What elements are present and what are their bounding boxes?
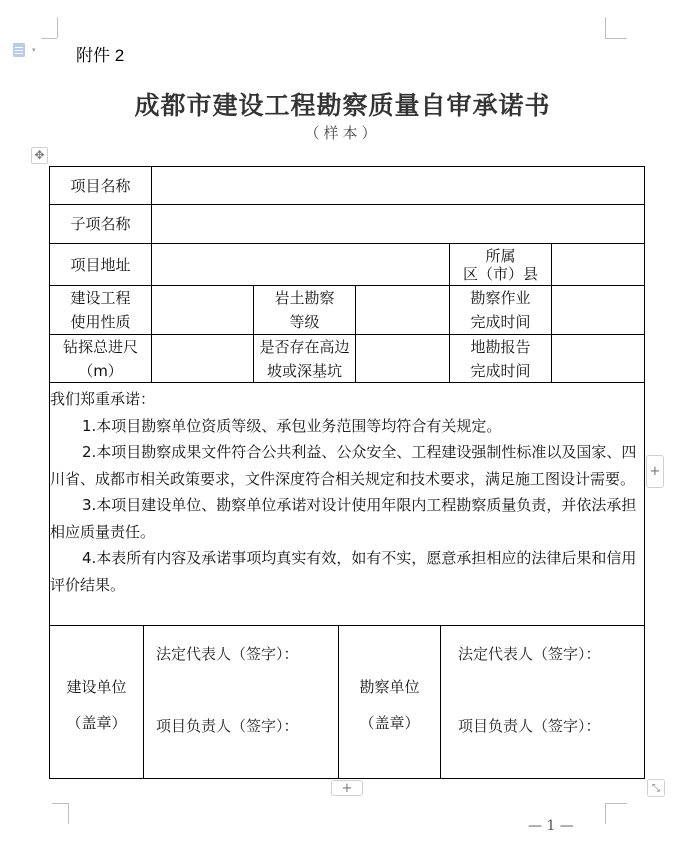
district-label-line1: 所属 bbox=[485, 247, 515, 265]
add-column-button[interactable]: + bbox=[646, 455, 664, 488]
project-name-label: 项目名称 bbox=[50, 167, 151, 204]
usage-nature-label: 建设工程 使用性质 bbox=[50, 286, 151, 334]
label-line: 岩土勘察 bbox=[274, 286, 334, 310]
usage-nature-field[interactable] bbox=[152, 286, 253, 334]
page-corner-mark bbox=[52, 803, 68, 804]
label-line: （m） bbox=[78, 359, 123, 383]
page-number: — 1 — bbox=[528, 818, 574, 834]
label-line: 勘察单位 bbox=[359, 669, 419, 705]
commitment-item: 1.本项目勘察单位资质等级、承包业务范围等均符合有关规定。 bbox=[50, 413, 644, 440]
row-divider bbox=[49, 382, 645, 383]
table-border bbox=[49, 778, 645, 779]
label-line: 等级 bbox=[289, 310, 319, 334]
drilling-footage-field[interactable] bbox=[152, 335, 253, 382]
page-corner-mark bbox=[605, 803, 627, 804]
label-line: 完成时间 bbox=[470, 359, 530, 383]
column-divider bbox=[440, 625, 441, 778]
commitment-item: 2.本项目勘察成果文件符合公共利益、公众安全、工程建设强制性标准以及国家、四川省… bbox=[50, 439, 644, 492]
label-line: 完成时间 bbox=[470, 310, 530, 334]
label-line: 使用性质 bbox=[70, 310, 130, 334]
table-border bbox=[644, 166, 645, 779]
subproject-name-field[interactable] bbox=[152, 205, 644, 243]
commitment-text: 我们郑重承诺： 1.本项目勘察单位资质等级、承包业务范围等均符合有关规定。 2.… bbox=[50, 386, 644, 598]
document-subtitle: （样本） bbox=[0, 122, 685, 143]
table-resize-icon[interactable]: ⤡ bbox=[647, 779, 665, 797]
label-line: 钻探总进尺 bbox=[63, 335, 138, 359]
label-line: 坡或深基坑 bbox=[267, 359, 342, 383]
build-project-lead-signature[interactable]: 项目负责人（签字）： bbox=[156, 715, 299, 736]
column-divider bbox=[143, 625, 144, 778]
label-line: 地勘报告 bbox=[470, 335, 530, 359]
build-legal-rep-signature[interactable]: 法定代表人（签字）： bbox=[156, 643, 299, 664]
label-line: 勘察作业 bbox=[470, 286, 530, 310]
geotech-grade-label: 岩土勘察 等级 bbox=[254, 286, 355, 334]
project-address-field[interactable] bbox=[152, 244, 449, 285]
commitment-item: 4.本表所有内容及承诺事项均真实有效，如有不实，愿意承担相应的法律后果和信用评价… bbox=[50, 545, 644, 598]
page-corner-mark bbox=[605, 38, 627, 39]
report-complete-time-field[interactable] bbox=[552, 335, 644, 382]
label-line: 是否存在高边 bbox=[259, 335, 349, 359]
build-unit-label: 建设单位 （盖章） bbox=[50, 660, 143, 750]
survey-legal-rep-signature[interactable]: 法定代表人（签字）： bbox=[458, 643, 601, 664]
chevron-down-icon[interactable]: ▾ bbox=[32, 46, 36, 54]
high-slope-pit-label: 是否存在高边 坡或深基坑 bbox=[254, 335, 355, 382]
commitment-intro: 我们郑重承诺： bbox=[50, 386, 644, 413]
page-corner-mark bbox=[605, 17, 606, 38]
project-name-field[interactable] bbox=[152, 167, 644, 204]
label-line: （盖章） bbox=[359, 705, 419, 741]
attachment-label: 附件 2 bbox=[76, 41, 124, 66]
row-divider bbox=[49, 625, 645, 626]
geotech-grade-field[interactable] bbox=[356, 286, 449, 334]
document-title: 成都市建设工程勘察质量自审承诺书 bbox=[0, 86, 685, 122]
survey-complete-time-label: 勘察作业 完成时间 bbox=[450, 286, 551, 334]
page-corner-mark bbox=[41, 38, 57, 39]
table-move-handle-icon[interactable]: ✥ bbox=[31, 147, 48, 164]
district-field[interactable] bbox=[552, 244, 644, 285]
district-label: 所属 区（市）县 bbox=[450, 244, 551, 285]
commitment-item: 3.本项目建设单位、勘察单位承诺对设计使用年限内工程勘察质量负责，并依法承担相应… bbox=[50, 492, 644, 545]
paragraph-menu-icon[interactable] bbox=[13, 43, 25, 57]
high-slope-pit-field[interactable] bbox=[356, 335, 449, 382]
report-complete-time-label: 地勘报告 完成时间 bbox=[450, 335, 551, 382]
page-corner-mark bbox=[68, 803, 69, 824]
project-address-label: 项目地址 bbox=[50, 244, 151, 285]
survey-complete-time-field[interactable] bbox=[552, 286, 644, 334]
survey-unit-label: 勘察单位 （盖章） bbox=[339, 660, 440, 750]
district-label-line2: 区（市）县 bbox=[463, 265, 538, 283]
add-row-button[interactable]: + bbox=[331, 780, 363, 796]
drilling-footage-label: 钻探总进尺 （m） bbox=[50, 335, 151, 382]
page-corner-mark bbox=[605, 803, 606, 824]
label-line: （盖章） bbox=[66, 705, 126, 741]
subproject-name-label: 子项名称 bbox=[50, 205, 151, 243]
survey-project-lead-signature[interactable]: 项目负责人（签字）： bbox=[458, 715, 601, 736]
label-line: 建设工程 bbox=[70, 286, 130, 310]
page-corner-mark bbox=[57, 17, 58, 38]
label-line: 建设单位 bbox=[66, 669, 126, 705]
